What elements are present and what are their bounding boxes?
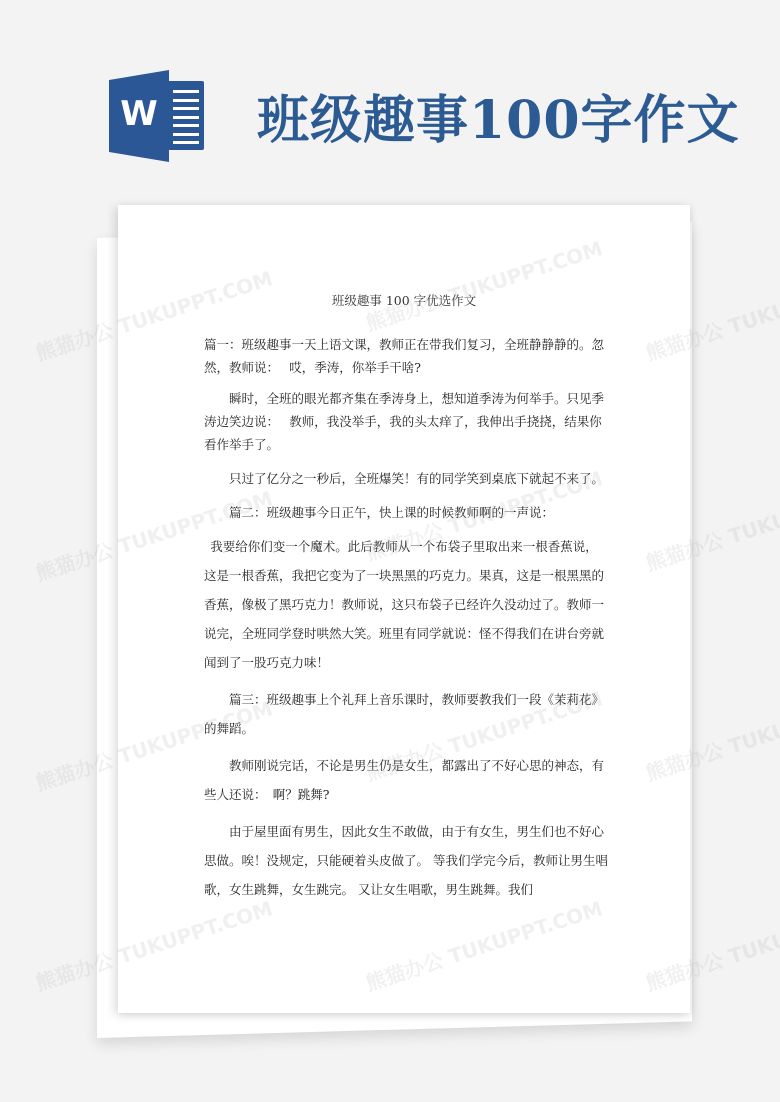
paragraph-6: 篇三：班级趣事上个礼拜上音乐课时，教师要教我们一段《茉莉花》 的舞蹈。 (204, 685, 614, 743)
microsoft-word-icon: W (109, 70, 209, 162)
paragraph-4: 篇二：班级趣事今日正午，快上课的时候教师啊的一声说： (204, 501, 614, 524)
paragraph-8: 由于屋里面有男生，因此女生不敢做，由于有女生，男生们也不好心思做。唉！没规定，只… (204, 817, 614, 904)
paragraph-7: 教师刚说完话，不论是男生仍是女生，都露出了不好心思的神态，有些人还说： 啊？跳舞… (204, 751, 614, 809)
header: W 班级趣事100字作文 (0, 0, 780, 190)
word-logo-letter: W (117, 94, 161, 134)
page-title: 班级趣事100字作文 (257, 78, 740, 153)
document-page: 班级趣事 100 字优选作文 篇一：班级趣事一天上语文课，教师正在带我们复习，全… (118, 205, 690, 1013)
paragraph-5: 我要给你们变一个魔术。此后教师从一个布袋子里取出来一根香蕉说， 这是一根香蕉，我… (204, 532, 614, 677)
paragraph-3: 只过了亿分之一秒后，全班爆笑！有的同学笑到桌底下就起不来了。 (204, 464, 614, 493)
document-title: 班级趣事 100 字优选作文 (118, 291, 690, 309)
document-body: 篇一：班级趣事一天上语文课，教师正在带我们复习，全班静静静的。忽然，教师说： 哎… (204, 333, 614, 904)
paragraph-1: 篇一：班级趣事一天上语文课，教师正在带我们复习，全班静静静的。忽然，教师说： 哎… (204, 333, 614, 379)
word-doc-lines (173, 90, 199, 150)
paragraph-2: 瞬时，全班的眼光都齐集在季涛身上，想知道季涛为何举手。只见季涛边笑边说： 教师，… (204, 387, 614, 456)
